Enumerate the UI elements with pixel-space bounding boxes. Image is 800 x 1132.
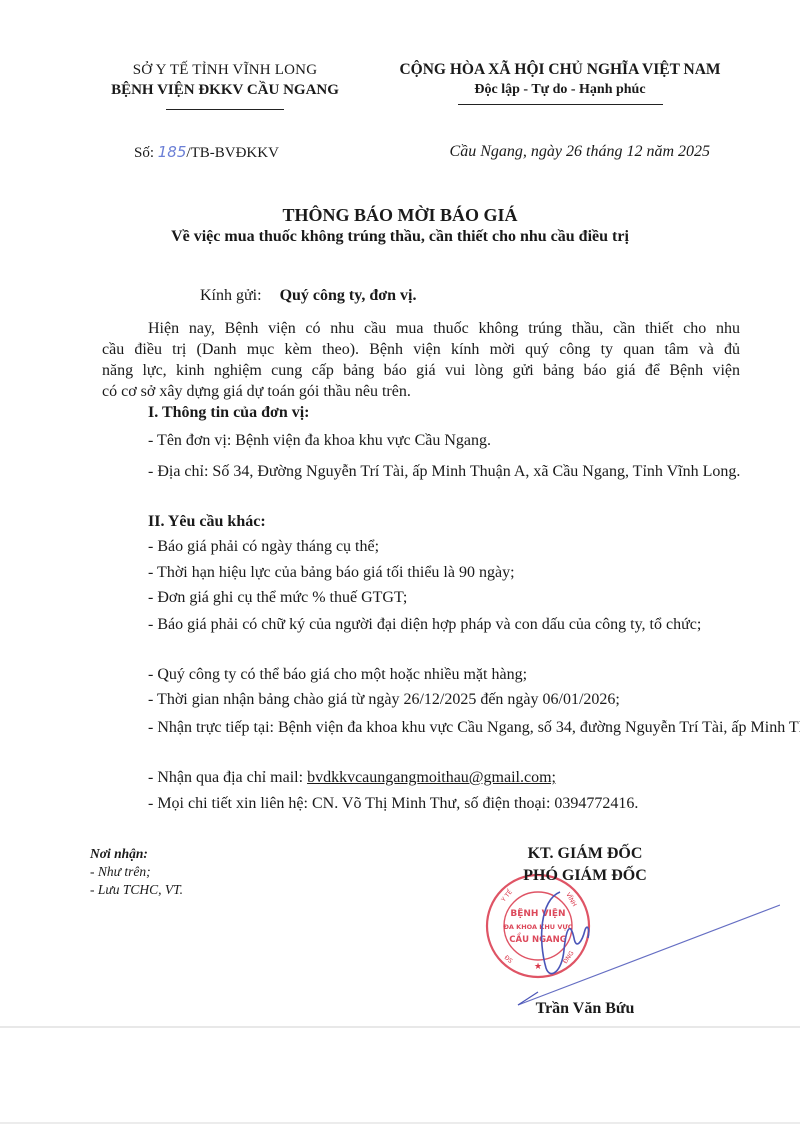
- authority-name: SỞ Y TẾ TỈNH VĨNH LONG: [95, 60, 355, 80]
- recipient-item: - Như trên;: [90, 863, 183, 881]
- intro-line: cầu điều trị (Danh mục kèm theo). Bệnh v…: [102, 339, 740, 360]
- section-1-item: - Tên đơn vị: Bệnh viện đa khoa khu vực …: [148, 432, 491, 450]
- document-number: Số: 185/TB-BVĐKKV: [134, 143, 279, 162]
- document-subtitle: Về việc mua thuốc không trúng thầu, cần …: [0, 228, 800, 246]
- section-2-heading: II. Yêu cầu khác:: [148, 513, 266, 531]
- section-2-item: - Đơn giá ghi cụ thể mức % thuế GTGT;: [148, 589, 407, 607]
- signer-name: Trần Văn Bứu: [480, 1000, 690, 1018]
- scan-edge-line: [0, 1122, 800, 1124]
- greeting-recipient: Quý công ty, đơn vị.: [280, 287, 417, 304]
- section-2-item: - Báo giá phải có ngày tháng cụ thể;: [148, 538, 379, 556]
- section-2-item: - Báo giá phải có chữ ký của người đại d…: [102, 614, 742, 636]
- recipients-heading: Nơi nhận:: [90, 845, 183, 863]
- doc-number-handwritten: 185: [158, 143, 187, 161]
- section-1-item: - Địa chỉ: Số 34, Đường Nguyễn Trí Tài, …: [102, 461, 742, 483]
- document-title: THÔNG BÁO MỜI BÁO GIÁ: [0, 205, 800, 226]
- signature-line-1: KT. GIÁM ĐỐC: [480, 843, 690, 865]
- intro-line: Hiện nay, Bệnh viện có nhu cầu mua thuốc…: [102, 318, 740, 339]
- national-motto: Độc lập - Tự do - Hạnh phúc: [375, 80, 745, 100]
- country-name: CỘNG HÒA XÃ HỘI CHỦ NGHĨA VIỆT NAM: [375, 60, 745, 80]
- scan-edge-line: [0, 1026, 800, 1028]
- section-2-contact: - Mọi chi tiết xin liên hệ: CN. Võ Thị M…: [148, 795, 638, 813]
- section-1-heading: I. Thông tin của đơn vị:: [148, 404, 310, 422]
- intro-line: có cơ sở xây dựng giá dự toán gói thầu n…: [102, 381, 740, 402]
- section-2-item: - Thời hạn hiệu lực của bảng báo giá tối…: [148, 564, 515, 582]
- doc-number-suffix: /TB-BVĐKKV: [186, 145, 279, 161]
- section-2-email-line: - Nhận qua địa chỉ mail: bvdkkvcaungangm…: [148, 769, 556, 787]
- place-date: Cầu Ngang, ngày 26 tháng 12 năm 2025: [398, 143, 710, 161]
- header-left-block: SỞ Y TẾ TỈNH VĨNH LONG BỆNH VIỆN ĐKKV CẦ…: [95, 60, 355, 110]
- organization-name: BỆNH VIỆN ĐKKV CẦU NGANG: [95, 80, 355, 100]
- header-right-block: CỘNG HÒA XÃ HỘI CHỦ NGHĨA VIỆT NAM Độc l…: [375, 60, 745, 105]
- handwritten-signature-icon: [490, 880, 780, 1010]
- signature-title-block: KT. GIÁM ĐỐC PHÓ GIÁM ĐỐC: [480, 843, 690, 887]
- header-right-divider: [458, 104, 663, 105]
- header-left-divider: [166, 109, 284, 110]
- doc-number-prefix: Số:: [134, 145, 158, 161]
- signature-line-2: PHÓ GIÁM ĐỐC: [480, 865, 690, 887]
- greeting: Kính gửi: Quý công ty, đơn vị.: [200, 287, 416, 305]
- recipients-block: Nơi nhận: - Như trên; - Lưu TCHC, VT.: [90, 845, 183, 899]
- section-2-item: - Thời gian nhận bảng chào giá từ ngày 2…: [148, 691, 620, 709]
- recipient-item: - Lưu TCHC, VT.: [90, 881, 183, 899]
- section-2-item: - Quý công ty có thể báo giá cho một hoặ…: [148, 666, 527, 684]
- greeting-label: Kính gửi:: [200, 287, 262, 304]
- section-2-item: - Nhận trực tiếp tại: Bệnh viện đa khoa …: [102, 717, 742, 739]
- intro-line: năng lực, kinh nghiệm cung cấp bảng báo …: [102, 360, 740, 381]
- email-link[interactable]: bvdkkvcaungangmoithau@gmail.com;: [307, 769, 556, 786]
- email-label: - Nhận qua địa chỉ mail:: [148, 769, 307, 786]
- intro-paragraph: Hiện nay, Bệnh viện có nhu cầu mua thuốc…: [102, 318, 740, 402]
